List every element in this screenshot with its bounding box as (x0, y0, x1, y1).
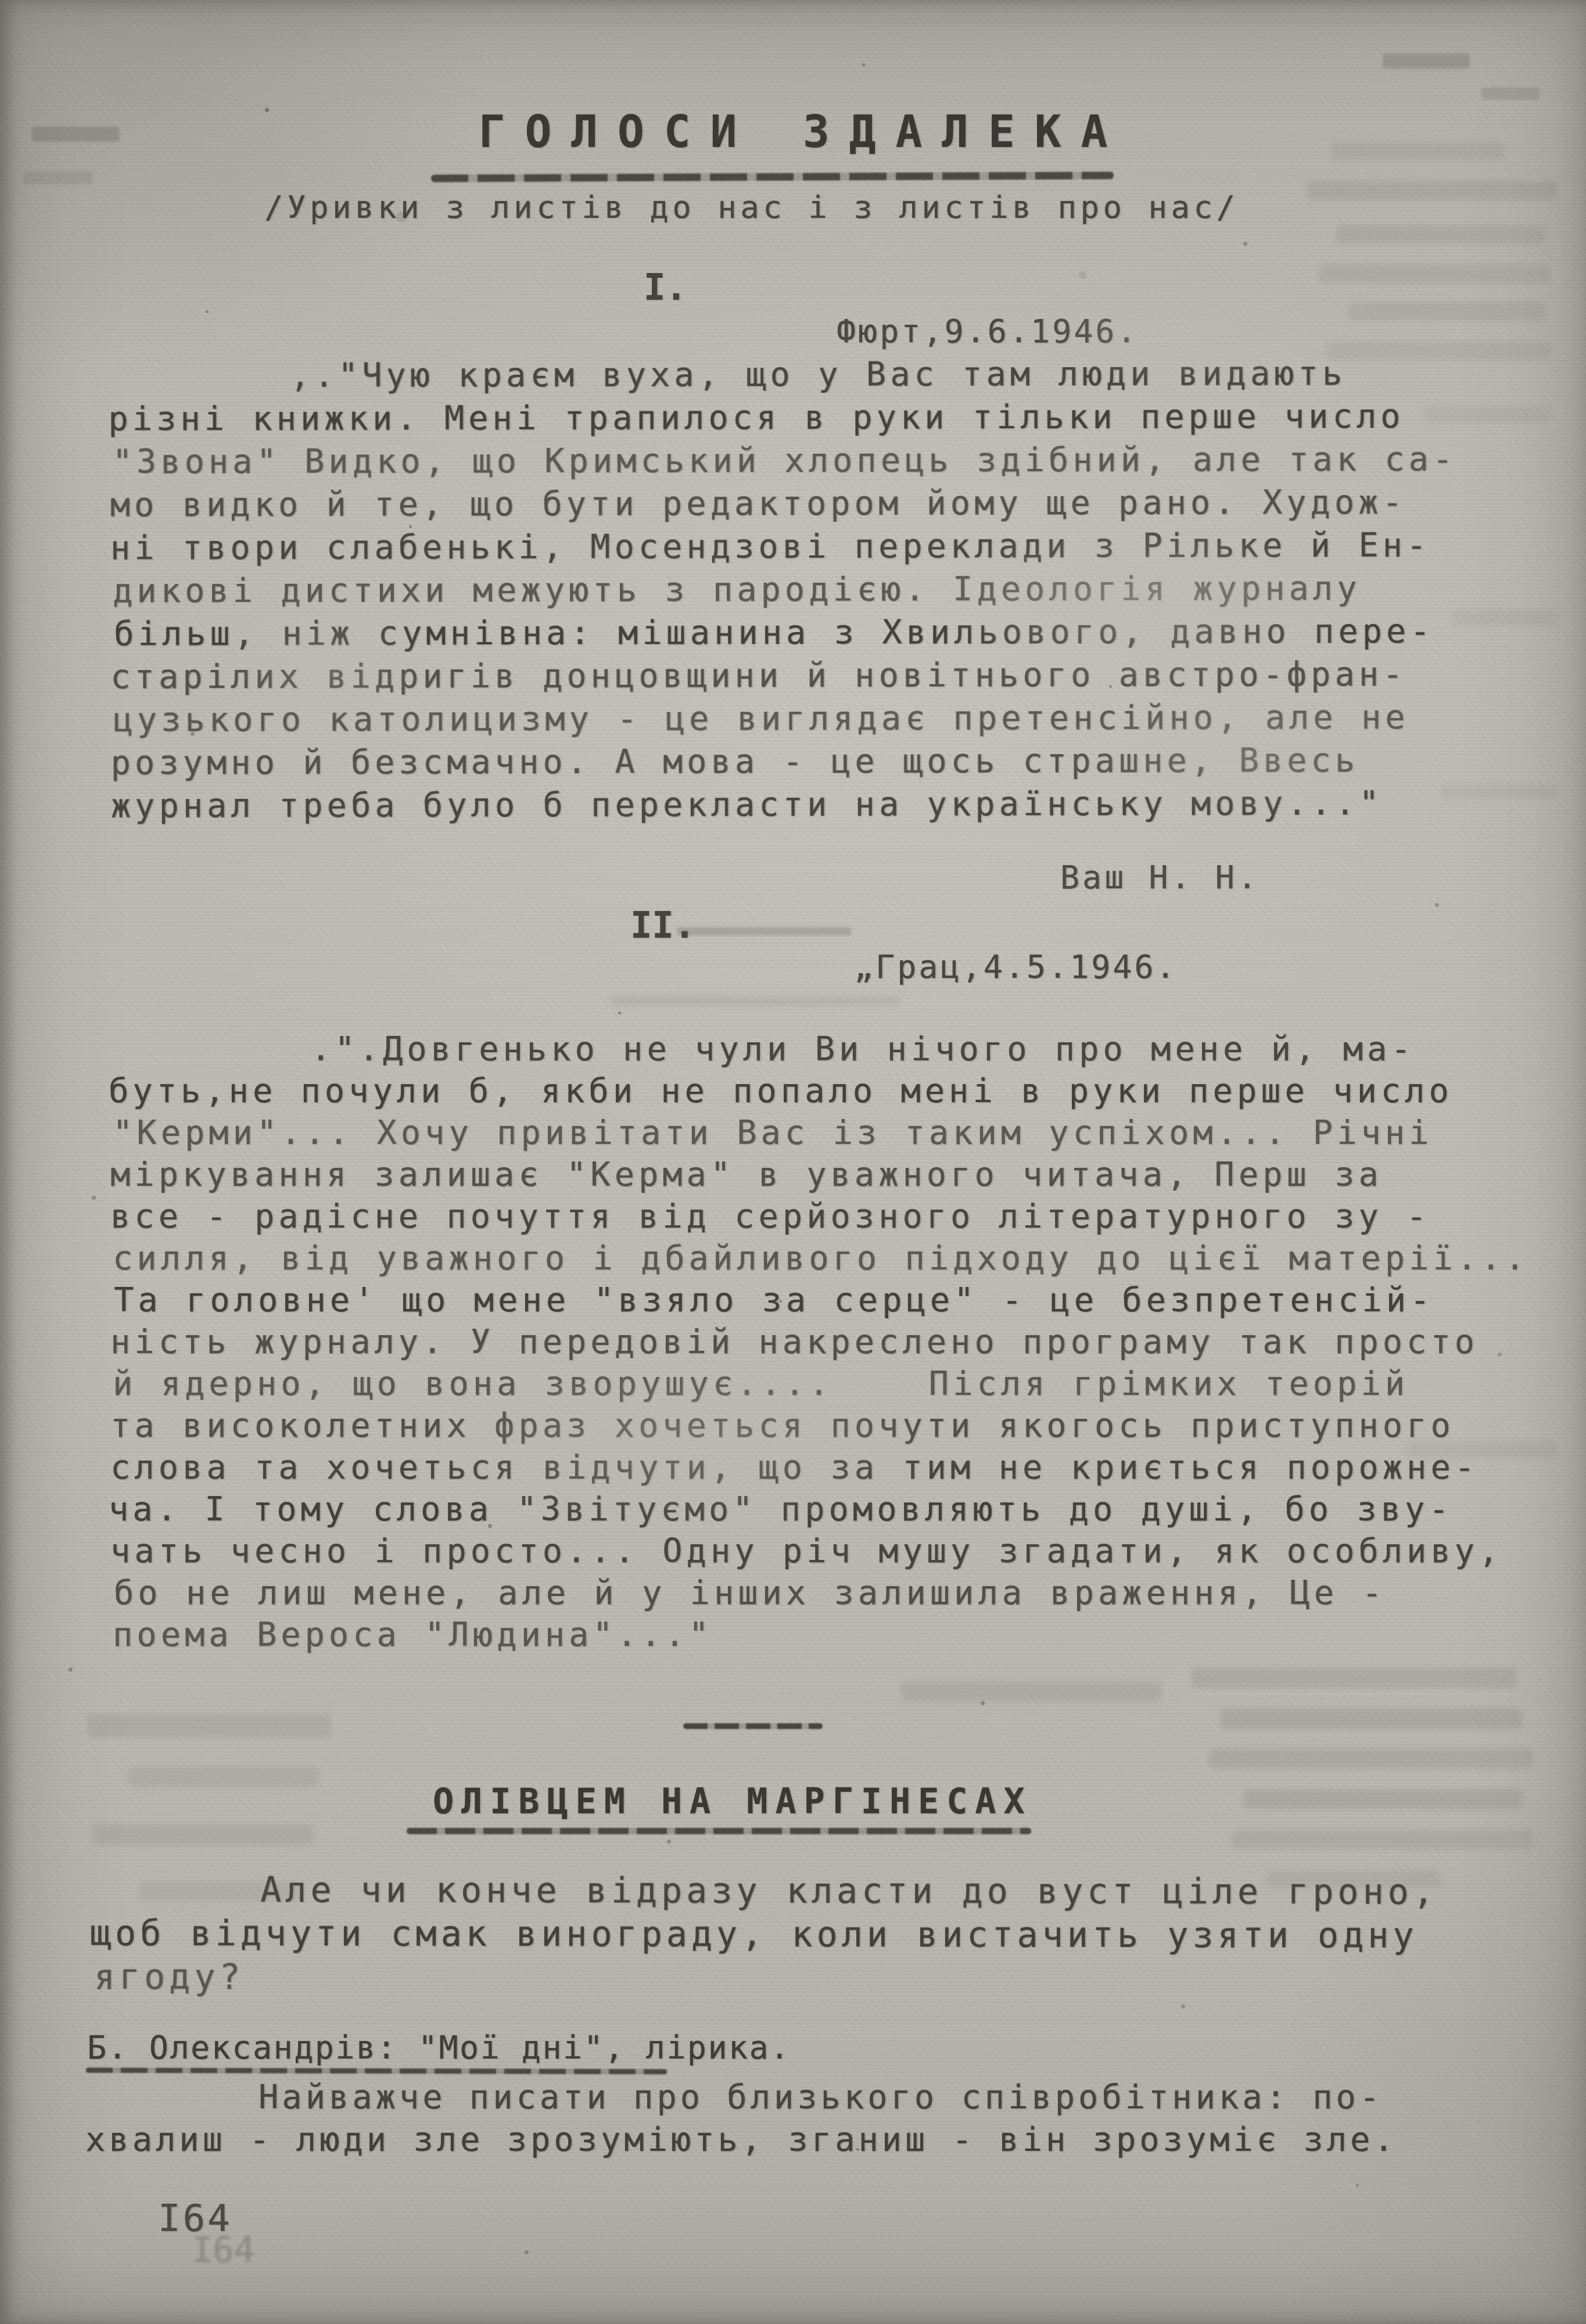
text-line: дикові дистихи межують з пародією. Ідеол… (113, 567, 1481, 613)
page-number-echo: І64 (192, 2230, 254, 2271)
text-line: цузького католицизму - це виглядає прете… (113, 696, 1481, 742)
section-heading: ОЛІВЦЕМ НА МАРГІНЕСАХ (433, 1781, 1032, 1822)
scanned-document-page: ГОЛОСИ ЗДАЛЕКА /Уривки з листів до нас і… (0, 0, 1586, 2324)
text-line: розумно й безсмачно. А мова - це щось ст… (111, 739, 1482, 785)
text-line: буть,не почули б, якби не попало мені в … (109, 1070, 1481, 1112)
text-line: міркування залишає "Керма" в уважного чи… (110, 1154, 1481, 1196)
text-line: ча. І тому слова "Звітуємо" промовляють … (109, 1489, 1481, 1530)
text-line: старілих відригів донцовщини й новітньог… (110, 653, 1481, 699)
letter-1-dateline: Фюрт,9.6.1946. (837, 313, 1139, 350)
text-line: силля, від уважного і дбайливого підходу… (113, 1238, 1481, 1279)
text-line: поема Вероса "Людина"..." (113, 1614, 1481, 1656)
text-line: мо видко й те, що бути редактором йому щ… (110, 481, 1481, 527)
text-line: "Керми"... Хочу привітати Вас із таким у… (113, 1112, 1481, 1154)
text-line: різні книжки. Мені трапилося в руки тіль… (108, 395, 1481, 441)
text-line: журнал треба було б перекласти на україн… (111, 782, 1482, 828)
page-subtitle: /Уривки з листів до нас і з листів про н… (264, 189, 1239, 225)
text-line: .".Довгенько не чули Ви нічого про мене … (110, 1028, 1481, 1070)
text-line: Та головне' що мене "взяло за серце" - ц… (114, 1279, 1481, 1321)
letter-2-numeral: ІІ. (630, 904, 695, 946)
letter-2-body: .".Довгенько не чули Ви нічого про мене … (110, 1028, 1481, 1656)
text-line: ність журналу. У передовій накреслено пр… (110, 1321, 1481, 1363)
text-line: "Звона" Видко, що Кримський хлопець здіб… (112, 438, 1481, 484)
letter-1-numeral: І. (644, 266, 687, 309)
text-line: та високолетних фраз хочеться почути яко… (110, 1405, 1481, 1447)
review-heading: Б. Олександрів: "Мої дні", лірика. (87, 2029, 791, 2066)
text-line: щоб відчути смак винограду, коли вистачи… (90, 1912, 1486, 1958)
section-heading-underline (407, 1828, 1031, 1834)
section-divider (683, 1723, 823, 1729)
text-line: слова та хочеться відчути, що за тим не … (110, 1447, 1481, 1489)
review-heading-underline (86, 2068, 667, 2075)
text-line: й ядерно, що вона зворушує.... Після грі… (113, 1363, 1481, 1405)
text-line: ні твори слабенькі, Мосендзові переклади… (110, 524, 1481, 570)
text-line: ягоду? (94, 1956, 1486, 2002)
letter-1-signature: Ваш Н. Н. (1060, 859, 1260, 896)
text-line: чать чесно і просто... Одну річ мушу зга… (110, 1530, 1481, 1572)
review-body: Найважче писати про близького співробітн… (87, 2076, 1481, 2161)
dust-specks (0, 0, 2, 2)
text-line: хвалиш - люди зле зрозуміють, зганиш - в… (85, 2119, 1481, 2161)
text-line: Найважче писати про близького співробітн… (87, 2076, 1481, 2119)
text-line: більш, ніж сумнівна: мішанина з Хвильово… (114, 610, 1481, 656)
text-line: бо не лиш мене, але й у інших залишила в… (114, 1572, 1481, 1614)
title-underline (431, 171, 1114, 182)
letter-1-body: ,."Чую краєм вуха, що у Вас там люди вид… (110, 352, 1482, 828)
letter-2-dateline: „Грац,4.5.1946. (854, 948, 1178, 985)
text-line: все - радісне почуття від серйозного літ… (110, 1196, 1481, 1238)
text-line: ,."Чую краєм вуха, що у Вас там люди вид… (110, 352, 1481, 398)
